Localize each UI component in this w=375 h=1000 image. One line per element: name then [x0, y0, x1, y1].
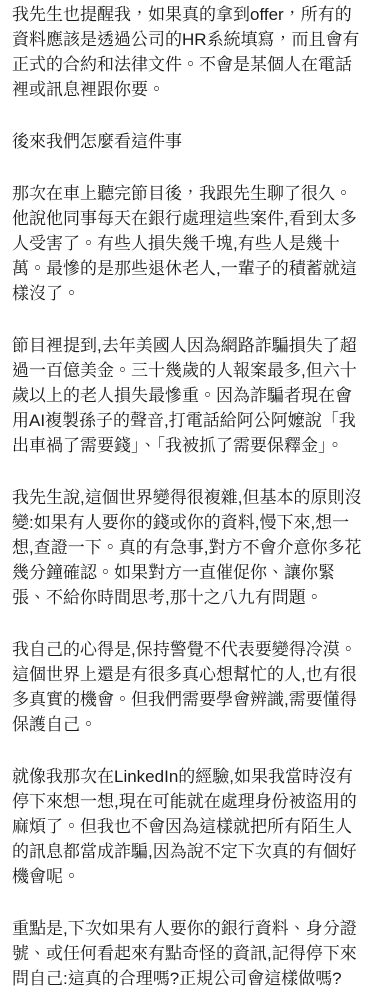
- paragraph-car-conversation: 那次在車上聽完節目後，我跟先生聊了很久。他說他同事每天在銀行處理這些案件,看到太…: [12, 181, 363, 306]
- article-body: 我先生也提醒我，如果真的拿到offer，所有的資料應該是透過公司的HR系統填寫，…: [0, 0, 375, 991]
- paragraph-linkedin-experience: 就像我那次在LinkedIn的經驗,如果我當時沒有停下來想一想,現在可能就在處理…: [12, 764, 363, 889]
- paragraph-key-point: 重點是,下次如果有人要你的銀行資料、身分證號、或任何看起來有點奇怪的資訊,記得停…: [12, 916, 363, 991]
- paragraph-personal-takeaway: 我自己的心得是,保持警覺不代表要變得冷漠。這個世界上還是有很多真心想幫忙的人,也…: [12, 637, 363, 737]
- paragraph-basic-principles: 我先生說,這個世界變得很複雜,但基本的原則沒變:如果有人要你的錢或你的資料,慢下…: [12, 485, 363, 610]
- paragraph-husband-reminder: 我先生也提醒我，如果真的拿到offer，所有的資料應該是透過公司的HR系統填寫，…: [12, 2, 363, 102]
- section-heading: 後來我們怎麼看這件事: [12, 129, 363, 154]
- paragraph-scam-statistics: 節目裡提到,去年美國人因為網路詐騙損失了超過一百億美金。三十幾歲的人報案最多,但…: [12, 333, 363, 458]
